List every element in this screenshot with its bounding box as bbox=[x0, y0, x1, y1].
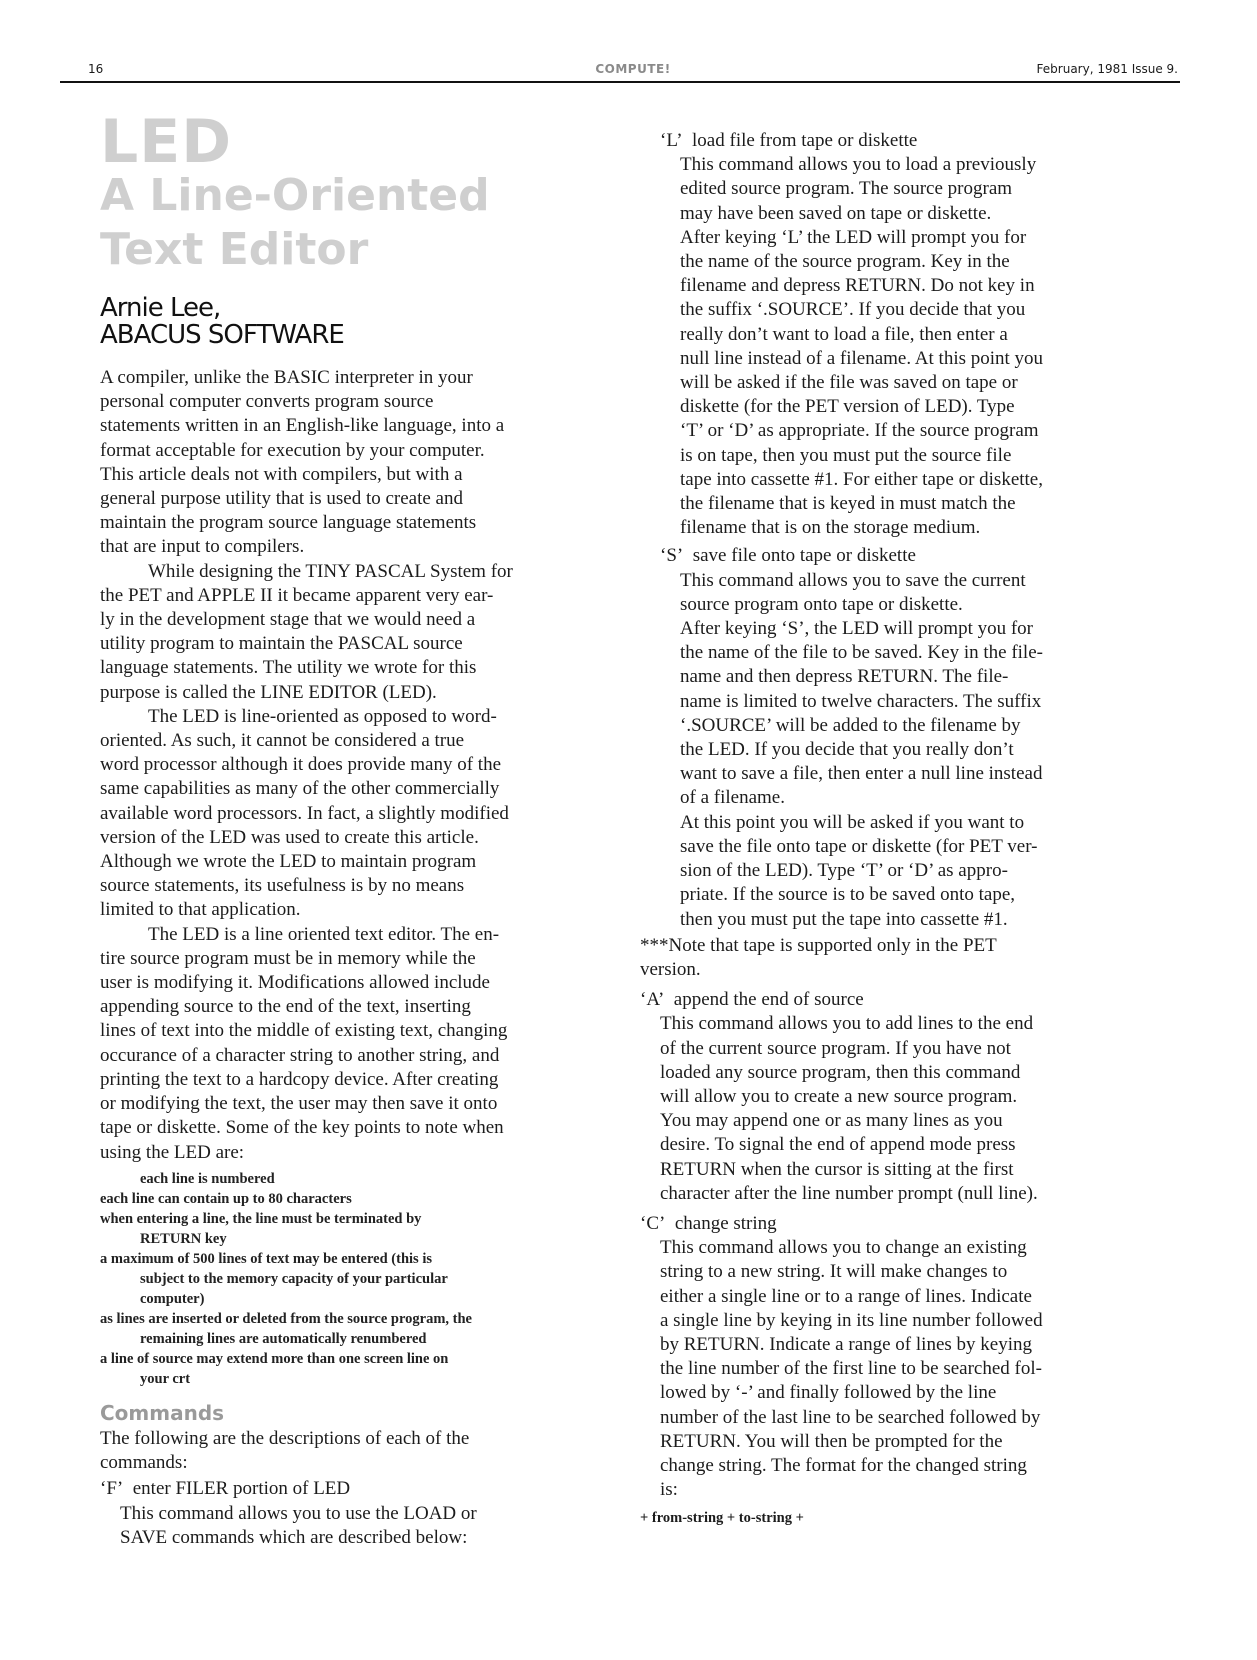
command-key: ‘A’ bbox=[640, 989, 664, 1010]
intro-paragraph: A compiler, unlike the BASIC interpreter… bbox=[100, 366, 620, 560]
command-title: append the end of source bbox=[674, 989, 864, 1010]
text-line: subject to the memory capacity of your p… bbox=[100, 1269, 620, 1289]
text-line: This command allows you to load a previo… bbox=[680, 153, 1180, 177]
text-line: of the current source program. If you ha… bbox=[660, 1037, 1180, 1061]
right-column: ‘L’ load file from tape or diskette This… bbox=[660, 127, 1180, 1531]
text-line: maintain the program source language sta… bbox=[100, 511, 620, 535]
tape-note: ***Note that tape is supported only in t… bbox=[640, 934, 1180, 982]
paragraph-4: The LED is a line oriented text editor. … bbox=[100, 923, 620, 1165]
text-line: string to a new string. It will make cha… bbox=[660, 1260, 1180, 1284]
text-line: SAVE commands which are described below: bbox=[120, 1526, 620, 1550]
text-line: statements written in an English-like la… bbox=[100, 414, 620, 438]
text-line: the filename that is keyed in must match… bbox=[680, 492, 1180, 516]
text-line: edited source program. The source progra… bbox=[680, 177, 1180, 201]
text-line: desire. To signal the end of append mode… bbox=[660, 1133, 1180, 1157]
commands-heading: Commands bbox=[100, 1401, 620, 1425]
command-a: ‘A’ append the end of source This comman… bbox=[640, 988, 1180, 1206]
command-l: ‘L’ load file from tape or diskette This… bbox=[660, 129, 1180, 540]
text-line: filename and depress RETURN. Do not key … bbox=[680, 274, 1180, 298]
article-title: LED A Line-Oriented Text Editor bbox=[100, 115, 490, 277]
text-line: language statements. The utility we wrot… bbox=[100, 656, 620, 680]
page-header: 16 COMPUTE! February, 1981 Issue 9. bbox=[88, 60, 1178, 82]
text-line: After keying ‘S’, the LED will prompt yo… bbox=[680, 617, 1180, 641]
commands-intro: The following are the descriptions of ea… bbox=[100, 1427, 620, 1475]
command-title: enter FILER portion of LED bbox=[133, 1478, 350, 1499]
text-line: utility program to maintain the PASCAL s… bbox=[100, 632, 620, 656]
key-point: a line of source may extend more than on… bbox=[100, 1349, 620, 1389]
text-line: a line of source may extend more than on… bbox=[100, 1349, 620, 1369]
issue-date: February, 1981 Issue 9. bbox=[1037, 62, 1178, 76]
text-line: RETURN. You will then be prompted for th… bbox=[660, 1430, 1180, 1454]
text-line: filename that is on the storage medium. bbox=[680, 516, 1180, 540]
text-line: general purpose utility that is used to … bbox=[100, 487, 620, 511]
text-line: At this point you will be asked if you w… bbox=[680, 811, 1180, 835]
text-line: version. bbox=[640, 958, 1180, 982]
command-key: ‘L’ bbox=[660, 130, 683, 151]
command-f: ‘F’ enter FILER portion of LED This comm… bbox=[100, 1477, 620, 1550]
author-name: Arnie Lee, bbox=[100, 295, 344, 322]
magazine-name: COMPUTE! bbox=[88, 62, 1178, 76]
command-c: ‘C’ change string This command allows yo… bbox=[640, 1212, 1180, 1531]
text-line: source statements, its usefulness is by … bbox=[100, 874, 620, 898]
text-line: This command allows you to add lines to … bbox=[660, 1012, 1180, 1036]
text-line: really don’t want to load a file, then e… bbox=[680, 323, 1180, 347]
text-line: number of the last line to be searched f… bbox=[660, 1406, 1180, 1430]
text-line: using the LED are: bbox=[100, 1141, 620, 1165]
text-line: that are input to compilers. bbox=[100, 535, 620, 559]
text-line: word processor although it does provide … bbox=[100, 753, 620, 777]
title-line-2: A Line-Oriented bbox=[100, 169, 490, 223]
text-line: You may append one or as many lines as y… bbox=[660, 1109, 1180, 1133]
text-line: RETURN when the cursor is sitting at the… bbox=[660, 1158, 1180, 1182]
text-line: oriented. As such, it cannot be consider… bbox=[100, 729, 620, 753]
text-line: the name of the file to be saved. Key in… bbox=[680, 641, 1180, 665]
text-line: user is modifying it. Modifications allo… bbox=[100, 971, 620, 995]
text-line: The following are the descriptions of ea… bbox=[100, 1427, 620, 1451]
text-line: RETURN key bbox=[100, 1229, 620, 1249]
text-line: tape into cassette #1. For either tape o… bbox=[680, 468, 1180, 492]
author-company: ABACUS SOFTWARE bbox=[100, 322, 344, 349]
text-line: commands: bbox=[100, 1451, 620, 1475]
text-line: by RETURN. Indicate a range of lines by … bbox=[660, 1333, 1180, 1357]
key-points-list: each line is numbered each line can cont… bbox=[100, 1169, 620, 1389]
text-line: occurance of a character string to anoth… bbox=[100, 1044, 620, 1068]
text-line: format acceptable for execution by your … bbox=[100, 439, 620, 463]
text-line: your crt bbox=[100, 1369, 620, 1389]
text-line: available word processors. In fact, a sl… bbox=[100, 802, 620, 826]
text-line: of a filename. bbox=[680, 786, 1180, 810]
text-line: The LED is a line oriented text editor. … bbox=[100, 923, 620, 947]
left-column: A compiler, unlike the BASIC interpreter… bbox=[100, 366, 620, 1550]
text-line: is on tape, then you must put the source… bbox=[680, 444, 1180, 468]
text-line: lowed by ‘-’ and finally followed by the… bbox=[660, 1381, 1180, 1405]
header-rule bbox=[60, 81, 1180, 83]
text-line: remaining lines are automatically renumb… bbox=[100, 1329, 620, 1349]
command-title: load file from tape or diskette bbox=[692, 130, 917, 151]
key-point: each line can contain up to 80 character… bbox=[100, 1189, 620, 1209]
text-line: will be asked if the file was saved on t… bbox=[680, 371, 1180, 395]
text-line: then you must put the tape into cassette… bbox=[680, 908, 1180, 932]
title-line-1: LED bbox=[100, 115, 490, 169]
command-f-header: ‘F’ enter FILER portion of LED bbox=[100, 1477, 620, 1501]
text-line: appending source to the end of the text,… bbox=[100, 995, 620, 1019]
text-line: After keying ‘L’ the LED will prompt you… bbox=[680, 226, 1180, 250]
text-line: tape or diskette. Some of the key points… bbox=[100, 1116, 620, 1140]
text-line: either a single line or to a range of li… bbox=[660, 1285, 1180, 1309]
key-point: when entering a line, the line must be t… bbox=[100, 1209, 620, 1249]
text-line: computer) bbox=[100, 1289, 620, 1309]
text-line: This command allows you to use the LOAD … bbox=[120, 1502, 620, 1526]
text-line: tire source program must be in memory wh… bbox=[100, 947, 620, 971]
text-line: purpose is called the LINE EDITOR (LED). bbox=[100, 681, 620, 705]
text-line: While designing the TINY PASCAL System f… bbox=[100, 560, 620, 584]
key-point: each line is numbered bbox=[100, 1169, 620, 1189]
text-line: the PET and APPLE II it became apparent … bbox=[100, 584, 620, 608]
text-line: as lines are inserted or deleted from th… bbox=[100, 1309, 620, 1329]
author-byline: Arnie Lee, ABACUS SOFTWARE bbox=[100, 295, 344, 349]
text-line: may have been saved on tape or diskette. bbox=[680, 202, 1180, 226]
text-line: diskette (for the PET version of LED). T… bbox=[680, 395, 1180, 419]
key-point: as lines are inserted or deleted from th… bbox=[100, 1309, 620, 1349]
text-line: personal computer converts program sourc… bbox=[100, 390, 620, 414]
text-line: This command allows you to change an exi… bbox=[660, 1236, 1180, 1260]
text-line: ***Note that tape is supported only in t… bbox=[640, 934, 1180, 958]
text-line: name is limited to twelve characters. Th… bbox=[680, 690, 1180, 714]
text-line: ly in the development stage that we woul… bbox=[100, 608, 620, 632]
text-line: The LED is line-oriented as opposed to w… bbox=[100, 705, 620, 729]
command-key: ‘C’ bbox=[640, 1213, 665, 1234]
command-l-header: ‘L’ load file from tape or diskette bbox=[660, 129, 1180, 153]
text-line: the name of the source program. Key in t… bbox=[680, 250, 1180, 274]
text-line: the line number of the first line to be … bbox=[660, 1357, 1180, 1381]
text-line: Although we wrote the LED to maintain pr… bbox=[100, 850, 620, 874]
text-line: when entering a line, the line must be t… bbox=[100, 1209, 620, 1229]
command-c-header: ‘C’ change string bbox=[640, 1212, 1180, 1236]
text-line: limited to that application. bbox=[100, 898, 620, 922]
text-line: source program onto tape or diskette. bbox=[680, 593, 1180, 617]
text-line: null line instead of a filename. At this… bbox=[680, 347, 1180, 371]
text-line: or modifying the text, the user may then… bbox=[100, 1092, 620, 1116]
text-line: save the file onto tape or diskette (for… bbox=[680, 835, 1180, 859]
text-line: is: bbox=[660, 1478, 1180, 1502]
text-line: version of the LED was used to create th… bbox=[100, 826, 620, 850]
text-line: lines of text into the middle of existin… bbox=[100, 1019, 620, 1043]
command-s: ‘S’ save file onto tape or diskette This… bbox=[660, 544, 1180, 931]
text-line: change string. The format for the change… bbox=[660, 1454, 1180, 1478]
text-line: name and then depress RETURN. The file- bbox=[680, 665, 1180, 689]
text-line: the LED. If you decide that you really d… bbox=[680, 738, 1180, 762]
key-point: a maximum of 500 lines of text may be en… bbox=[100, 1249, 620, 1309]
text-line: This command allows you to save the curr… bbox=[680, 569, 1180, 593]
change-string-format: + from-string + to-string + bbox=[640, 1506, 1180, 1530]
text-line: same capabilities as many of the other c… bbox=[100, 777, 620, 801]
paragraph-3: The LED is line-oriented as opposed to w… bbox=[100, 705, 620, 923]
text-line: printing the text to a hardcopy device. … bbox=[100, 1068, 620, 1092]
command-key: ‘S’ bbox=[660, 545, 683, 566]
text-line: priate. If the source is to be saved ont… bbox=[680, 883, 1180, 907]
command-title: change string bbox=[675, 1213, 777, 1234]
command-a-header: ‘A’ append the end of source bbox=[640, 988, 1180, 1012]
text-line: want to save a file, then enter a null l… bbox=[680, 762, 1180, 786]
text-line: sion of the LED). Type ‘T’ or ‘D’ as app… bbox=[680, 859, 1180, 883]
title-line-3: Text Editor bbox=[100, 223, 490, 277]
text-line: the suffix ‘.SOURCE’. If you decide that… bbox=[680, 298, 1180, 322]
command-s-header: ‘S’ save file onto tape or diskette bbox=[660, 544, 1180, 568]
text-line: loaded any source program, then this com… bbox=[660, 1061, 1180, 1085]
command-title: save file onto tape or diskette bbox=[693, 545, 916, 566]
command-key: ‘F’ bbox=[100, 1478, 123, 1499]
text-line: ‘.SOURCE’ will be added to the filename … bbox=[680, 714, 1180, 738]
text-line: character after the line number prompt (… bbox=[660, 1182, 1180, 1206]
paragraph-2: While designing the TINY PASCAL System f… bbox=[100, 560, 620, 705]
text-line: will allow you to create a new source pr… bbox=[660, 1085, 1180, 1109]
text-line: a single line by keying in its line numb… bbox=[660, 1309, 1180, 1333]
text-line: ‘T’ or ‘D’ as appropriate. If the source… bbox=[680, 419, 1180, 443]
text-line: a maximum of 500 lines of text may be en… bbox=[100, 1249, 620, 1269]
text-line: This article deals not with compilers, b… bbox=[100, 463, 620, 487]
text-line: A compiler, unlike the BASIC interpreter… bbox=[100, 366, 620, 390]
